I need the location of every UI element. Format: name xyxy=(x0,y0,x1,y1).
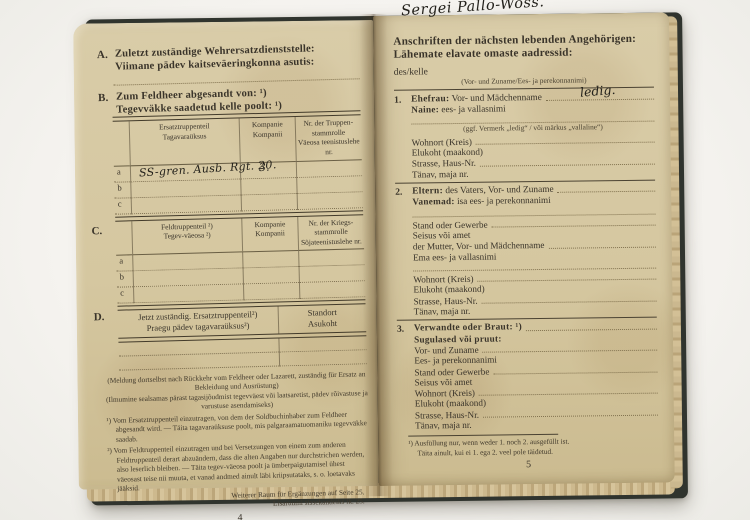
table-c-row-a-company xyxy=(242,251,298,268)
section-1-rest-et: ees- ja vallasnimi xyxy=(441,104,505,115)
table-b-row-a-nr xyxy=(296,160,362,178)
section-3-verwandte: 3. Verwandte oder Braut: ¹) Sugulased võ… xyxy=(397,321,658,432)
section-2-title-de: Eltern: xyxy=(412,186,443,196)
table-b-row-b-company xyxy=(240,177,296,194)
table-c-col-roll-nr: Nr. der Kriegs­stammrolle Sõjateenistus­… xyxy=(297,215,364,252)
left-page-notes: (Meldung dortselbst nach Rückkehr vom Fe… xyxy=(105,369,370,513)
table-b-col-unit: Ersatztruppenteil Tagavaraüksus xyxy=(129,118,240,165)
photo-background: A. Zuletzt zuständige Wehrersatzdienstst… xyxy=(0,0,750,520)
section-2-number: 2. xyxy=(395,186,414,317)
table-b-row-c-nr xyxy=(297,192,363,210)
table-d-row2-unit xyxy=(119,352,279,370)
table-b: Ersatztruppenteil Tagavaraüksus Kompanie… xyxy=(113,110,363,214)
table-b-row-c-label: c xyxy=(115,198,131,214)
section-2-rest-de: des Vaters, Vor- und Zuname xyxy=(445,185,554,196)
s2-taenav-et: Tänav, maja nr. xyxy=(414,303,657,316)
page-left: A. Zuletzt zuständige Wehrersatzdienstst… xyxy=(73,20,379,490)
section-1-number: 1. xyxy=(394,94,412,180)
right-page-title: Anschriften der nächsten lebenden Angehö… xyxy=(393,33,653,63)
s3-stand-de: Stand oder Gewerbe xyxy=(414,366,493,377)
table-c-row-c-nr xyxy=(299,282,365,300)
table-b-col-roll-nr: Nr. der Truppen­stammrolle Väeosa teenis… xyxy=(295,115,362,161)
open-booklet: A. Zuletzt zuständige Wehrersatzdienstst… xyxy=(73,10,681,499)
table-c-row-c-label: c xyxy=(117,288,133,304)
handwritten-name: Sergei Pallo-Woss. xyxy=(401,0,545,19)
table-b-row-b-nr xyxy=(296,176,362,194)
section-1-title-de: Ehefrau: xyxy=(411,94,449,104)
section-1-ehefrau: 1. Ehefrau: Vor- und Mädchenname ledig. … xyxy=(394,91,655,180)
table-b-col-company: Kompanie Kompanii xyxy=(239,117,296,163)
s3-taenav-et: Tänav, maja nr. xyxy=(415,418,658,431)
table-c-row-b-nr xyxy=(299,266,365,284)
table-d-row2-location xyxy=(279,350,367,366)
s1-strasse-de: Strasse, Haus-Nr. xyxy=(412,158,480,169)
section-2-rest-et: isa ees- ja perekonnanimi xyxy=(457,195,551,206)
right-footnote-et: Täita ainult, kui ei 1. ega 2. veel pole… xyxy=(417,445,658,457)
section-1-rest-de: Vor- und Mädchenname xyxy=(452,93,542,104)
table-b-row-a-label: a xyxy=(114,166,130,182)
section-2-eltern: 2. Eltern: des Vaters, Vor- und Zuname V… xyxy=(395,183,657,317)
des-kelle-label: des/kelle xyxy=(394,66,428,77)
table-c-corner xyxy=(115,221,132,256)
section-d-letter: D. xyxy=(94,311,105,323)
table-b-row-a-company: 3. xyxy=(240,161,296,178)
section-3-title-de: Verwandte oder Braut: ¹) xyxy=(414,322,526,334)
handwritten-company-entry: 3. xyxy=(259,160,270,174)
footnote-1: ¹) Vom Ersatztruppenteil einzutragen, vo… xyxy=(106,409,369,444)
s1-taenav-et: Tänav, maja nr. xyxy=(412,166,655,179)
s2-strasse-de: Strasse, Haus-Nr. xyxy=(414,295,482,306)
table-d-col-location: Standort Asukoht xyxy=(278,305,367,334)
table-c-row-b-label: b xyxy=(117,272,133,288)
table-c-row-c-unit xyxy=(133,285,243,304)
table-b-row-b-label: b xyxy=(114,182,130,198)
s2-stand-de: Stand oder Gewerbe xyxy=(413,219,492,230)
s3-strasse-de: Strasse, Haus-Nr. xyxy=(415,409,483,420)
section-c-letter: C. xyxy=(91,225,102,237)
table-c-col-unit: Feldtruppenteil ²) Tegev-väeosa ²) xyxy=(131,218,242,256)
section-a-letter: A. xyxy=(97,49,116,74)
table-c-col-company: Kompanie Kompanii xyxy=(241,216,298,252)
section-b-letter: B. xyxy=(98,92,117,117)
table-c-row-a-label: a xyxy=(116,256,132,272)
section-2-title-et: Vanemad: xyxy=(412,196,455,207)
title-et: Lähemate elavate omaste aadressid: xyxy=(393,46,653,63)
table-c-row-a-nr xyxy=(298,250,364,268)
footnote-2: ²) Vom Feldtruppenteil einzutragen und b… xyxy=(107,439,370,493)
handwritten-ledig: ledig. xyxy=(579,83,615,100)
table-c-row-c-company xyxy=(243,283,299,300)
section-1-title-et: Naine: xyxy=(411,105,439,115)
section-3-number: 3. xyxy=(397,324,415,432)
table-c: C. Feldtruppenteil ²) Tegev-väeosa ²) Ko… xyxy=(115,210,365,304)
page-right: Anschriften der nächsten lebenden Angehö… xyxy=(373,12,675,486)
table-b-corner xyxy=(113,121,130,166)
table-d: D. Jetzt zuständig. Ersatztruppenteil²) … xyxy=(118,300,368,371)
table-c-row-b-company xyxy=(243,267,299,284)
table-d-col-unit: Jetzt zuständig. Ersatztruppenteil²) Pra… xyxy=(118,307,279,338)
page-number-right: 5 xyxy=(399,458,659,472)
table-b-row-c-company xyxy=(241,193,297,210)
s2-mutter-de: der Mutter, Vor- und Mädchenname xyxy=(413,240,549,252)
table-b-row-c-unit xyxy=(131,195,241,214)
